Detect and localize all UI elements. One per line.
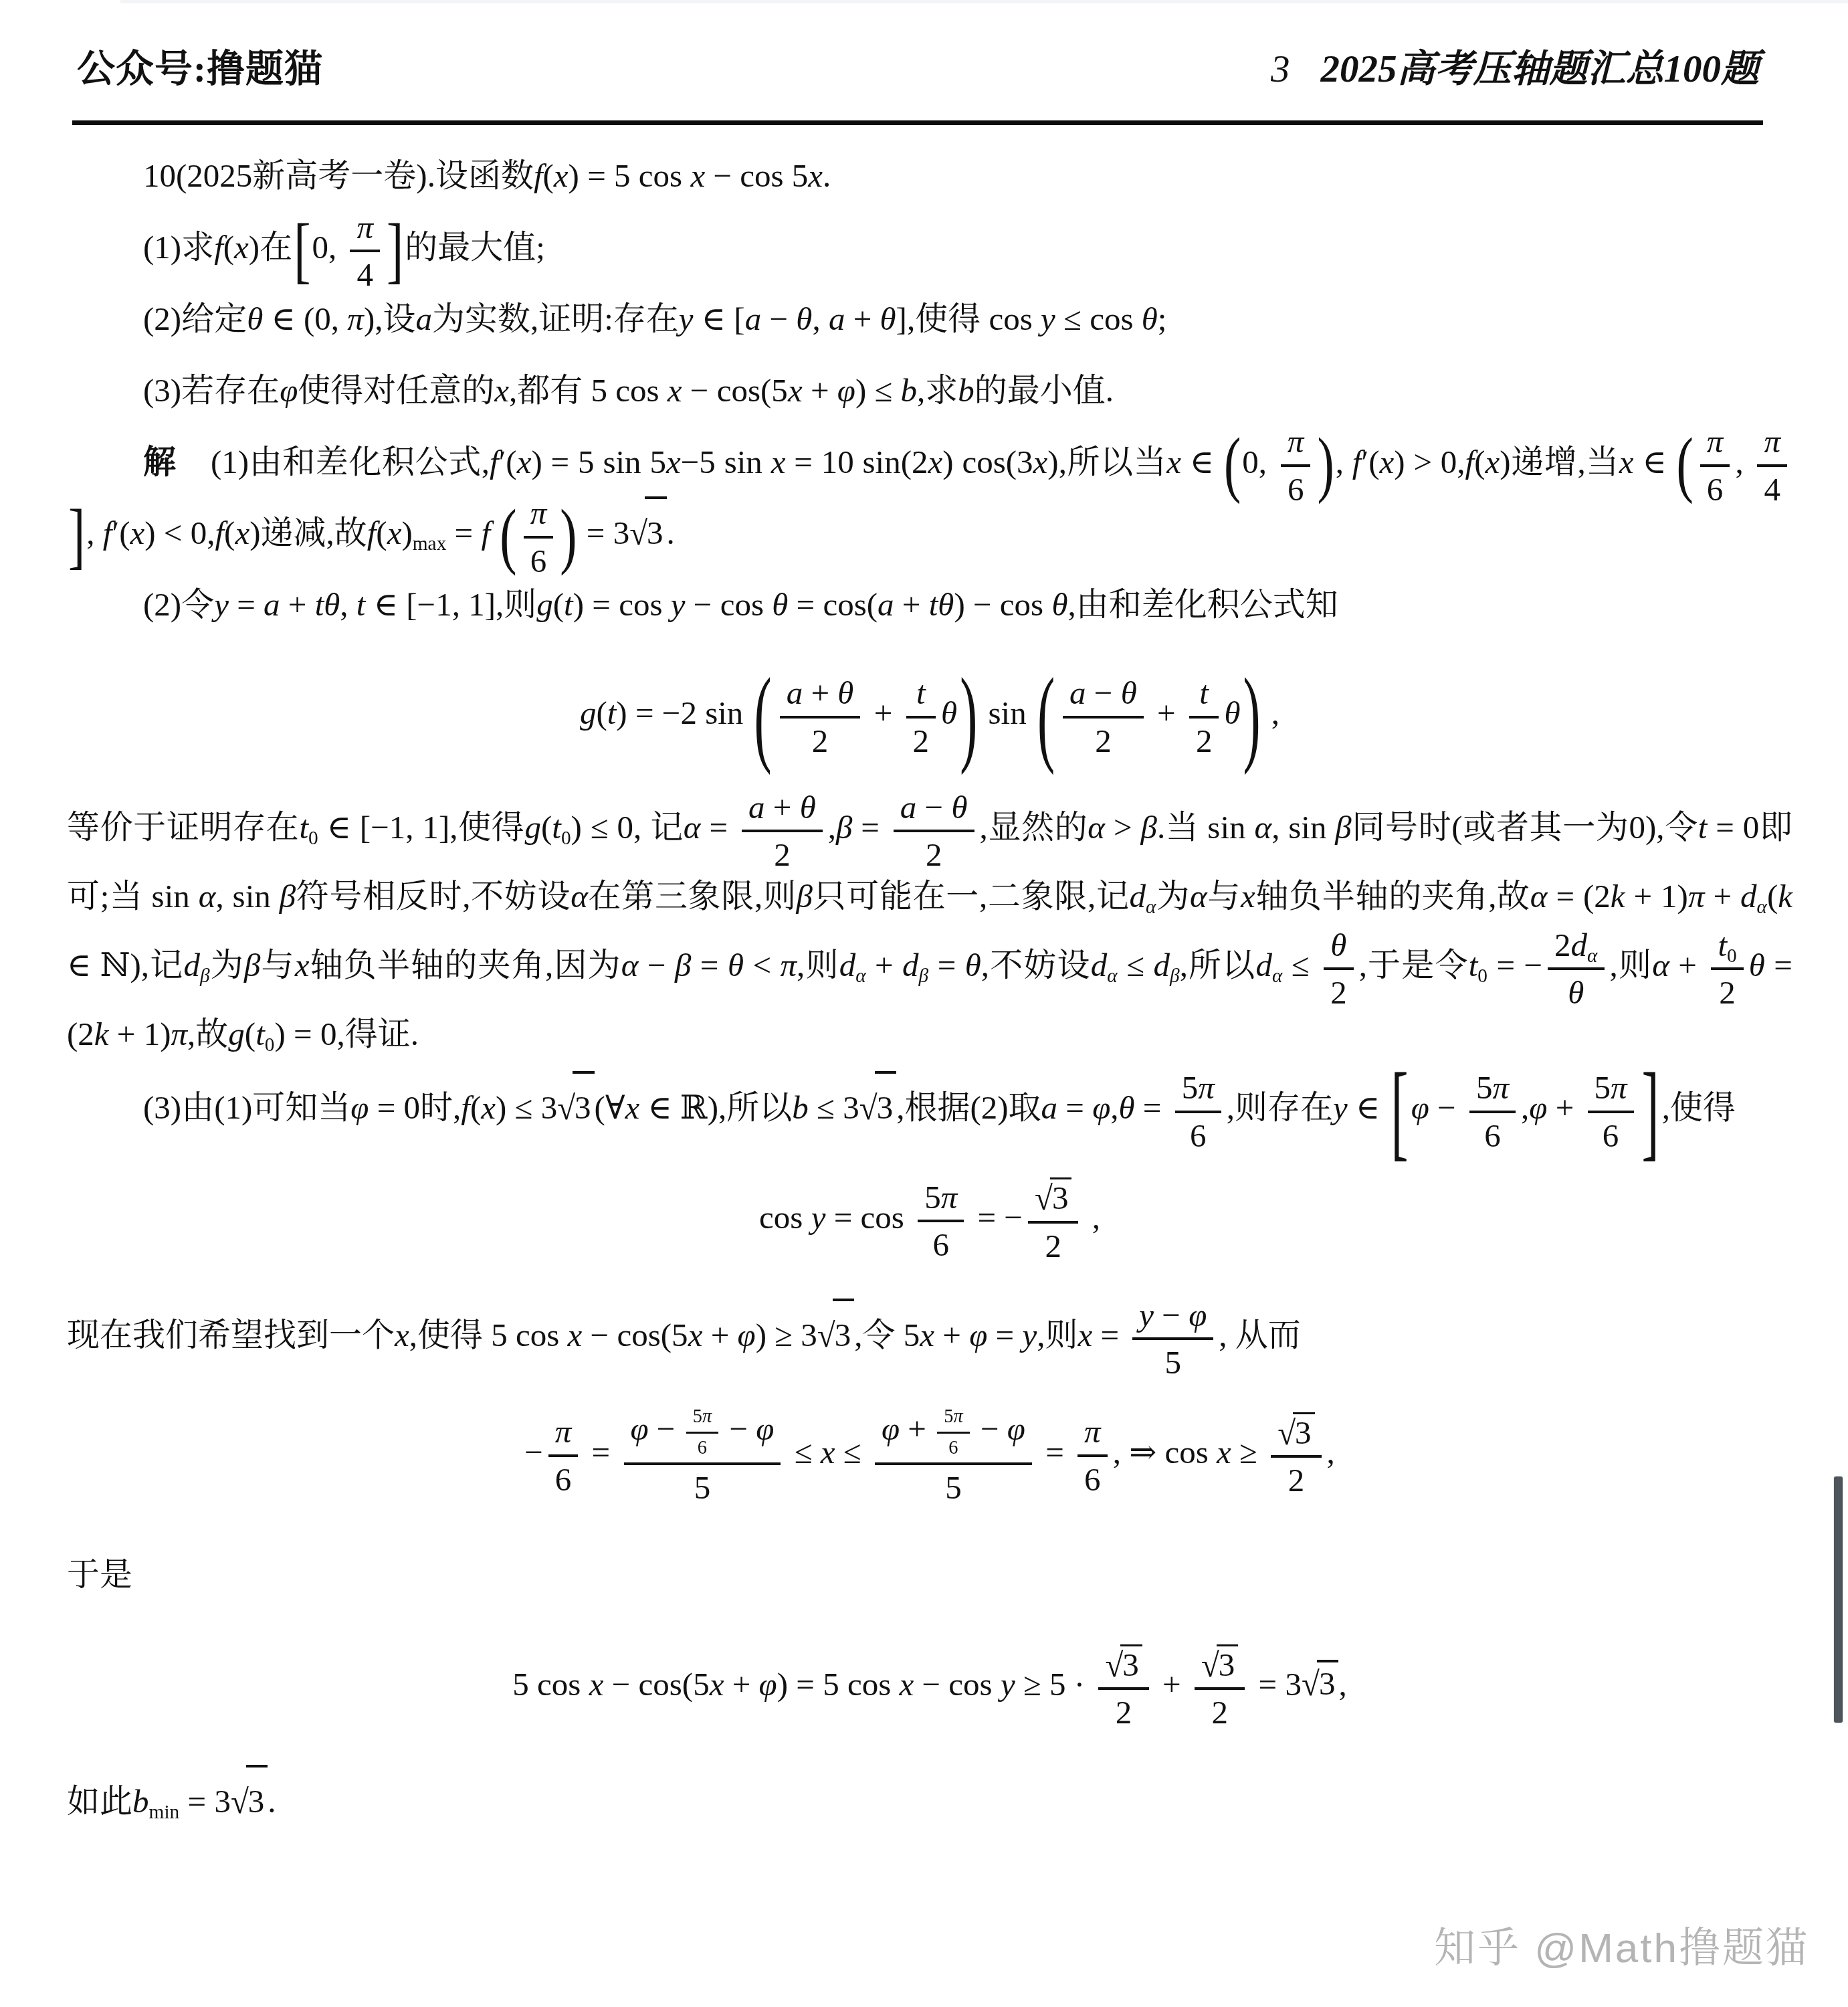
text-run: (1)求 bbox=[143, 229, 214, 266]
math-var: d bbox=[183, 947, 200, 983]
solution-part-3-find-x: 现在我们希望找到一个x,使得 5 cos x − cos(5x + φ) ≥ 3… bbox=[67, 1299, 1792, 1370]
subscript: β bbox=[200, 965, 210, 987]
subscript: α bbox=[855, 965, 865, 987]
text-run: ∈ [−1, 1],则 bbox=[365, 586, 536, 623]
text-run: ; bbox=[1158, 300, 1167, 337]
text-run: 5 bbox=[693, 1406, 702, 1427]
math-var: d bbox=[1130, 878, 1146, 915]
sqrt-radical: √3 bbox=[629, 496, 666, 568]
text-run: 2 bbox=[1719, 974, 1736, 1011]
text-run: = bbox=[1092, 1317, 1127, 1353]
math-var: β bbox=[1335, 809, 1351, 846]
text-run: ′( bbox=[1361, 444, 1379, 480]
text-run: min bbox=[149, 1802, 180, 1824]
math-var: π bbox=[1688, 878, 1705, 915]
math-var: θ bbox=[951, 789, 967, 826]
math-var: d bbox=[1255, 947, 1272, 983]
math-var: φ bbox=[1007, 1410, 1025, 1447]
math-var: d bbox=[1154, 947, 1170, 983]
text-run: ,则 bbox=[797, 947, 839, 983]
text-run: − bbox=[524, 1434, 543, 1470]
math-var: π bbox=[702, 1406, 712, 1427]
text-run: = 3 bbox=[579, 514, 630, 551]
fraction-denominator: 2 bbox=[1098, 1690, 1148, 1731]
text-run: 5 bbox=[944, 1406, 953, 1427]
math-var: t bbox=[356, 586, 366, 623]
text-run: ≤ cos bbox=[1055, 300, 1142, 337]
fraction: π4 bbox=[350, 207, 380, 294]
math-var: φ bbox=[1092, 1089, 1110, 1126]
fraction-denominator: 4 bbox=[1757, 467, 1787, 508]
header-divider bbox=[72, 120, 1763, 125]
fraction-denominator: 2 bbox=[1028, 1224, 1078, 1265]
math-var: tθ bbox=[315, 586, 340, 623]
bold-text: 解 bbox=[143, 444, 177, 480]
subscript: 0 bbox=[561, 828, 571, 849]
text-run: 3 bbox=[1122, 1646, 1139, 1683]
text-run: ( bbox=[596, 694, 607, 731]
math-var: π bbox=[171, 1016, 188, 1052]
big-delimiter: ] bbox=[387, 214, 403, 288]
text-run: 2 bbox=[1211, 1694, 1228, 1731]
radical-sign-icon: √ bbox=[1277, 1414, 1296, 1453]
text-run: + bbox=[865, 694, 900, 731]
text-run: ( bbox=[470, 1089, 481, 1126]
text-run: (3)若存在 bbox=[143, 372, 280, 409]
text-run: 3 bbox=[1052, 1179, 1069, 1216]
text-run: sin bbox=[980, 694, 1035, 731]
radicand: 3 bbox=[645, 496, 667, 568]
text-run: ),设 bbox=[364, 300, 416, 337]
math-var: β bbox=[797, 878, 813, 915]
text-run: + 1) bbox=[109, 1016, 171, 1052]
big-delimiter: ( bbox=[754, 663, 772, 771]
fraction-denominator: 6 bbox=[1077, 1457, 1108, 1499]
math-var: x bbox=[899, 1665, 914, 1702]
fraction: a + θ2 bbox=[742, 787, 823, 874]
math-var: b bbox=[792, 1089, 809, 1126]
math-var: θ bbox=[880, 300, 896, 337]
text-run: + bbox=[900, 1410, 934, 1447]
big-delimiter: ( bbox=[1224, 428, 1241, 502]
sqrt-radical: √3 bbox=[231, 1765, 268, 1836]
document-page: 公众号:撸题猫 32025高考压轴题汇总100题 10(2025新高考一卷).设… bbox=[0, 0, 1848, 2007]
fraction-denominator: 2 bbox=[894, 832, 974, 874]
text-run: 2 bbox=[774, 836, 791, 873]
fraction-numerator: t bbox=[1189, 673, 1219, 718]
math-var: x bbox=[589, 1665, 604, 1702]
math-var: t bbox=[564, 586, 573, 623]
text-run: (3)由(1)可知当 bbox=[143, 1089, 350, 1126]
math-var: θ bbox=[247, 300, 263, 337]
text-run: − bbox=[761, 300, 796, 337]
fraction-numerator: 5π bbox=[1588, 1068, 1634, 1113]
math-var: θ bbox=[837, 674, 853, 711]
text-run: = bbox=[229, 586, 264, 623]
text-run: ,不妨设 bbox=[981, 947, 1091, 983]
fraction-denominator: 6 bbox=[1175, 1113, 1221, 1155]
math-var: θ bbox=[800, 789, 816, 826]
fraction-denominator: 6 bbox=[918, 1222, 964, 1264]
fraction-denominator: 2 bbox=[780, 719, 861, 760]
text-run: ≥ 5 · bbox=[1015, 1665, 1094, 1702]
text-run: 3 bbox=[1295, 1414, 1312, 1451]
radical-sign-icon: √ bbox=[1035, 1179, 1053, 1218]
text-run: 3 bbox=[647, 514, 663, 551]
math-var: b bbox=[901, 372, 918, 409]
math-var: β bbox=[919, 965, 929, 987]
big-delimiter: ] bbox=[1642, 1058, 1659, 1165]
fraction-numerator: φ − 5π6 − φ bbox=[624, 1404, 781, 1465]
text-run: 0, bbox=[312, 229, 344, 266]
text-run: 6 bbox=[948, 1438, 958, 1458]
radical-sign-icon: √ bbox=[859, 1072, 878, 1144]
math-var: β bbox=[244, 947, 260, 983]
text-run: ≥ bbox=[1231, 1434, 1265, 1470]
math-var: t bbox=[299, 809, 308, 846]
fraction-numerator: π bbox=[1700, 421, 1730, 466]
math-var: φ bbox=[882, 1410, 900, 1447]
radical-sign-icon: √ bbox=[231, 1766, 249, 1838]
text-run: 5 bbox=[1476, 1069, 1493, 1106]
math-var: θ bbox=[941, 694, 957, 731]
radicand: 3 bbox=[875, 1071, 897, 1143]
fraction-numerator: π bbox=[1281, 421, 1311, 466]
text-run: )递增,当 bbox=[1500, 444, 1619, 480]
text-run: , bbox=[1735, 444, 1752, 480]
text-run: , sin bbox=[1271, 809, 1335, 846]
text-run: 6 bbox=[1603, 1117, 1619, 1154]
text-run: 轴负半轴的夹角,因为 bbox=[309, 947, 621, 983]
text-run: = bbox=[1135, 1089, 1170, 1126]
math-var: α bbox=[1088, 809, 1105, 846]
text-run: − cos(5 bbox=[582, 1317, 688, 1353]
fraction-numerator: 5π bbox=[1175, 1068, 1221, 1113]
text-run: 现在我们希望找到一个 bbox=[67, 1317, 395, 1353]
math-var: α bbox=[1652, 947, 1669, 983]
fraction-denominator: 6 bbox=[1700, 467, 1730, 508]
fraction-numerator: a + θ bbox=[742, 787, 823, 832]
math-var: θ bbox=[1121, 674, 1137, 711]
math-var: π bbox=[347, 300, 364, 337]
math-var: π bbox=[953, 1406, 962, 1427]
text-run: 2 bbox=[1095, 723, 1112, 759]
math-var: b bbox=[958, 372, 974, 409]
fraction: t2 bbox=[1189, 673, 1219, 760]
math-var: f bbox=[1465, 444, 1475, 480]
text-run: ,都有 5 cos bbox=[509, 372, 668, 409]
text-run: ,故 bbox=[187, 1016, 228, 1052]
radicand: 3 bbox=[1293, 1412, 1315, 1452]
text-run: ) ≤ 3 bbox=[496, 1089, 557, 1126]
scrollbar-thumb[interactable] bbox=[1834, 1476, 1843, 1723]
math-var: f bbox=[534, 157, 543, 194]
text-run: ) ≤ 0, 记 bbox=[571, 809, 684, 846]
text-run: ≤ bbox=[1282, 947, 1318, 983]
math-var: φ bbox=[631, 1410, 649, 1447]
radical-sign-icon: √ bbox=[1201, 1645, 1219, 1685]
fraction: 5π6 bbox=[937, 1405, 969, 1459]
text-run: 5 bbox=[1165, 1344, 1182, 1381]
text-run: , bbox=[812, 300, 829, 337]
solution-part-2-intro: (2)令y = a + tθ, t ∈ [−1, 1],则g(t) = cos … bbox=[67, 571, 1792, 640]
text-run: 2 bbox=[1554, 927, 1571, 963]
text-run: , bbox=[1327, 1434, 1335, 1470]
subscript: β bbox=[1170, 965, 1180, 987]
radicand: 3 bbox=[1050, 1177, 1072, 1217]
text-run: 的最大值; bbox=[405, 229, 545, 266]
math-var: α bbox=[199, 878, 216, 915]
math-var: β bbox=[200, 965, 210, 987]
fraction-numerator: √3 bbox=[1028, 1176, 1078, 1223]
text-run: 5 cos bbox=[512, 1665, 589, 1702]
text-run: ∈ ℝ),所以 bbox=[639, 1089, 792, 1126]
math-var: f bbox=[490, 444, 499, 480]
math-var: θ bbox=[1119, 1089, 1135, 1126]
text-run: ( bbox=[376, 514, 387, 551]
text-run: 0 bbox=[308, 828, 318, 849]
text-run: 6 bbox=[1288, 471, 1304, 508]
fraction-numerator: 5π bbox=[1469, 1068, 1516, 1113]
text-run: ) = cos bbox=[573, 586, 671, 623]
text-run: = bbox=[1057, 1089, 1092, 1126]
math-var: x bbox=[928, 444, 943, 480]
section-number: 3 bbox=[1271, 48, 1290, 90]
text-run: − bbox=[972, 1410, 1007, 1447]
text-run: = bbox=[928, 947, 965, 983]
fraction-denominator: 2 bbox=[1189, 719, 1219, 760]
text-run: . bbox=[667, 514, 675, 551]
text-run: , sin bbox=[215, 878, 279, 915]
text-run: + bbox=[866, 947, 903, 983]
fraction: 5π6 bbox=[918, 1177, 964, 1264]
text-run: .当 sin bbox=[1157, 809, 1255, 846]
math-var: α bbox=[1107, 965, 1117, 987]
text-run: (2)给定 bbox=[143, 300, 247, 337]
math-var: θ bbox=[1142, 300, 1158, 337]
math-var: θ bbox=[1749, 947, 1765, 983]
radical-sign-icon: √ bbox=[629, 498, 647, 569]
text-run: 符号相反时,不妨设 bbox=[296, 878, 571, 915]
text-run: ≤ bbox=[786, 1434, 820, 1470]
solution-conclusion: 如此bmin = 3√3. bbox=[67, 1765, 1792, 1836]
text-run: − bbox=[1086, 674, 1121, 711]
math-var: π bbox=[1611, 1069, 1627, 1106]
radicand: 3 bbox=[1317, 1660, 1339, 1705]
math-var: d bbox=[839, 947, 856, 983]
sqrt-radical: √3 bbox=[557, 1071, 594, 1143]
text-run: 10(2025新高考一卷).设函数 bbox=[143, 157, 534, 194]
text-run: . bbox=[268, 1783, 276, 1820]
math-var: π bbox=[1764, 423, 1780, 460]
math-var: x bbox=[1217, 1434, 1231, 1470]
math-var: φ bbox=[1529, 1089, 1547, 1126]
fraction-numerator: π bbox=[1757, 421, 1787, 466]
text-run: < bbox=[744, 947, 781, 983]
text-run: ) = 5 cos bbox=[777, 1665, 900, 1702]
subscript: max bbox=[413, 534, 447, 555]
radicand: 3 bbox=[833, 1299, 855, 1370]
math-var: π bbox=[356, 209, 373, 246]
math-var: x bbox=[395, 1317, 409, 1353]
math-var: x bbox=[1379, 444, 1394, 480]
text-run: − cos(5 bbox=[603, 1665, 709, 1702]
equation-cos-y: cos y = cos 5π6 = −√32 , bbox=[67, 1153, 1792, 1288]
math-var: θ bbox=[728, 947, 744, 983]
sqrt-radical: √3 bbox=[1201, 1644, 1238, 1684]
math-var: x bbox=[554, 157, 569, 194]
text-run: 0 bbox=[561, 828, 571, 849]
text-run: + bbox=[1704, 878, 1740, 915]
text-run: ) cos(3 bbox=[942, 444, 1033, 480]
subscript: α bbox=[1272, 965, 1282, 987]
solution-part-2-argument: 等价于证明存在t0 ∈ [−1, 1],使得g(t0) ≤ 0, 记α = a … bbox=[67, 793, 1792, 1069]
fraction-denominator: 6 bbox=[1588, 1113, 1634, 1155]
solution-part-3-thus: 于是 bbox=[67, 1541, 1792, 1610]
fraction-denominator: 2 bbox=[1063, 719, 1144, 760]
text-run: , ⇒ cos bbox=[1113, 1434, 1217, 1470]
fraction: √32 bbox=[1195, 1643, 1245, 1732]
text-run: + bbox=[765, 789, 800, 826]
math-var: x bbox=[387, 514, 402, 551]
fraction: √32 bbox=[1271, 1411, 1321, 1500]
big-delimiter: ) bbox=[1317, 428, 1334, 502]
math-var: x bbox=[808, 157, 823, 194]
sqrt-radical: √3 bbox=[817, 1299, 854, 1370]
text-run: , bbox=[1338, 1665, 1346, 1702]
math-var: π bbox=[530, 494, 547, 531]
solution-part-3-intro: (3)由(1)可知当φ = 0时,f(x) ≤ 3√3(∀x ∈ ℝ),所以b … bbox=[67, 1071, 1792, 1143]
problem-part-3: (3)若存在φ使得对任意的x,都有 5 cos x − cos(5x + φ) … bbox=[67, 357, 1792, 425]
equation-x-range: −π6 = φ − 5π6 − φ5 ≤ x ≤ φ + 5π6 − φ5 = … bbox=[67, 1381, 1792, 1530]
text-run: 的最小值. bbox=[974, 372, 1114, 409]
watermark: 知乎 @Math撸题猫 bbox=[1434, 1915, 1809, 1974]
text-run: = (2 bbox=[1548, 878, 1611, 915]
math-var: f bbox=[481, 514, 490, 551]
fraction: π6 bbox=[548, 1412, 579, 1499]
text-run: > bbox=[1105, 809, 1140, 846]
math-var: x bbox=[771, 444, 786, 480]
radical-sign-icon: √ bbox=[1302, 1662, 1320, 1706]
solution-part-1: 解 (1)由和差化积公式,f′(x) = 5 sin 5x−5 sin x = … bbox=[67, 428, 1792, 569]
text-run: 3 bbox=[575, 1089, 591, 1126]
fraction: θ2 bbox=[1324, 925, 1354, 1012]
text-run: = bbox=[691, 947, 728, 983]
text-run: − bbox=[916, 789, 951, 826]
subscript: β bbox=[919, 965, 929, 987]
text-run: ( bbox=[543, 157, 554, 194]
text-run: = bbox=[852, 809, 888, 846]
math-var: f bbox=[367, 514, 377, 551]
solution-content: 10(2025新高考一卷).设函数f(x) = 5 cos x − cos 5x… bbox=[67, 142, 1792, 1839]
big-delimiter: ) bbox=[960, 663, 977, 771]
fraction-numerator: √3 bbox=[1098, 1643, 1148, 1690]
math-var: x bbox=[568, 1317, 583, 1353]
text-run: ,所以 bbox=[1180, 947, 1256, 983]
subscript: α bbox=[1587, 945, 1597, 967]
text-run: , 从而 bbox=[1219, 1317, 1301, 1353]
text-run: 6 bbox=[698, 1438, 707, 1458]
text-run: ),所以当 bbox=[1047, 444, 1166, 480]
text-run: 5 bbox=[945, 1469, 962, 1506]
text-run: (2)令 bbox=[143, 586, 214, 623]
text-run: + bbox=[1669, 947, 1706, 983]
fraction-numerator: √3 bbox=[1271, 1411, 1321, 1458]
text-run: 2 bbox=[926, 836, 942, 873]
math-var: x bbox=[481, 1089, 496, 1126]
text-run: = cos( bbox=[788, 586, 878, 623]
math-var: x bbox=[1077, 1317, 1092, 1353]
fraction: √32 bbox=[1028, 1176, 1078, 1265]
text-run: ) = 0,得证. bbox=[275, 1016, 419, 1052]
math-var: t bbox=[255, 1016, 265, 1052]
text-run: 2 bbox=[1116, 1694, 1132, 1731]
text-run: , bbox=[828, 809, 836, 846]
text-run: + bbox=[894, 586, 929, 623]
math-var: a bbox=[1041, 1089, 1058, 1126]
fraction-denominator: 2 bbox=[1711, 970, 1743, 1012]
math-var: θ bbox=[1224, 694, 1240, 731]
math-var: β bbox=[1170, 965, 1180, 987]
math-var: g bbox=[536, 586, 553, 623]
text-run: − bbox=[721, 1410, 756, 1447]
sqrt-radical: √3 bbox=[1302, 1660, 1338, 1705]
math-var: α bbox=[1756, 896, 1766, 918]
math-var: φ bbox=[1189, 1297, 1207, 1333]
math-var: d bbox=[1091, 947, 1108, 983]
text-run: 2 bbox=[812, 723, 829, 759]
math-var: a bbox=[829, 300, 845, 337]
math-var: x bbox=[130, 514, 144, 551]
math-var: β bbox=[836, 809, 852, 846]
fraction: 2dαθ bbox=[1548, 925, 1604, 1012]
fraction-numerator: a − θ bbox=[1063, 673, 1144, 718]
text-run: (1)由和差化积公式, bbox=[177, 444, 490, 480]
math-var: φ bbox=[837, 372, 855, 409]
math-var: d bbox=[1571, 927, 1588, 963]
fraction-denominator: θ bbox=[1548, 970, 1604, 1012]
fraction-denominator: 2 bbox=[1195, 1690, 1245, 1731]
text-run: ) − cos bbox=[954, 586, 1051, 623]
fraction: a − θ2 bbox=[1063, 673, 1144, 760]
text-run: = 10 sin(2 bbox=[785, 444, 928, 480]
text-run: 轴负半轴的夹角,故 bbox=[1255, 878, 1530, 915]
text-run: ′( bbox=[499, 444, 517, 480]
math-var: y bbox=[1139, 1297, 1154, 1333]
math-var: k bbox=[1611, 878, 1625, 915]
fraction-numerator: a − θ bbox=[894, 787, 974, 832]
math-var: y bbox=[1333, 1089, 1348, 1126]
fraction-denominator: 2 bbox=[1324, 970, 1354, 1012]
fraction: t02 bbox=[1711, 925, 1743, 1012]
problem-part-2: (2)给定θ ∈ (0, π),设a为实数,证明:存在y ∈ [a − θ, a… bbox=[67, 285, 1792, 354]
text-run: + 1) bbox=[1625, 878, 1688, 915]
fraction: 5π6 bbox=[686, 1405, 718, 1459]
math-var: x bbox=[1619, 444, 1634, 480]
math-var: d bbox=[902, 947, 919, 983]
fraction-denominator: 5 bbox=[1132, 1340, 1213, 1381]
math-var: x bbox=[668, 372, 682, 409]
fraction-denominator: 2 bbox=[906, 719, 936, 760]
text-run: − bbox=[649, 1410, 684, 1447]
math-var: a bbox=[787, 674, 803, 711]
equation-g-t: g(t) = −2 sin (a + θ2 + t2θ) sin (a − θ2… bbox=[67, 650, 1792, 783]
text-run: − cos(5 bbox=[682, 372, 788, 409]
text-run: ) = −2 sin bbox=[616, 694, 751, 731]
big-delimiter: ( bbox=[500, 500, 516, 573]
math-var: π bbox=[1288, 423, 1304, 460]
math-var: α bbox=[1146, 896, 1156, 918]
